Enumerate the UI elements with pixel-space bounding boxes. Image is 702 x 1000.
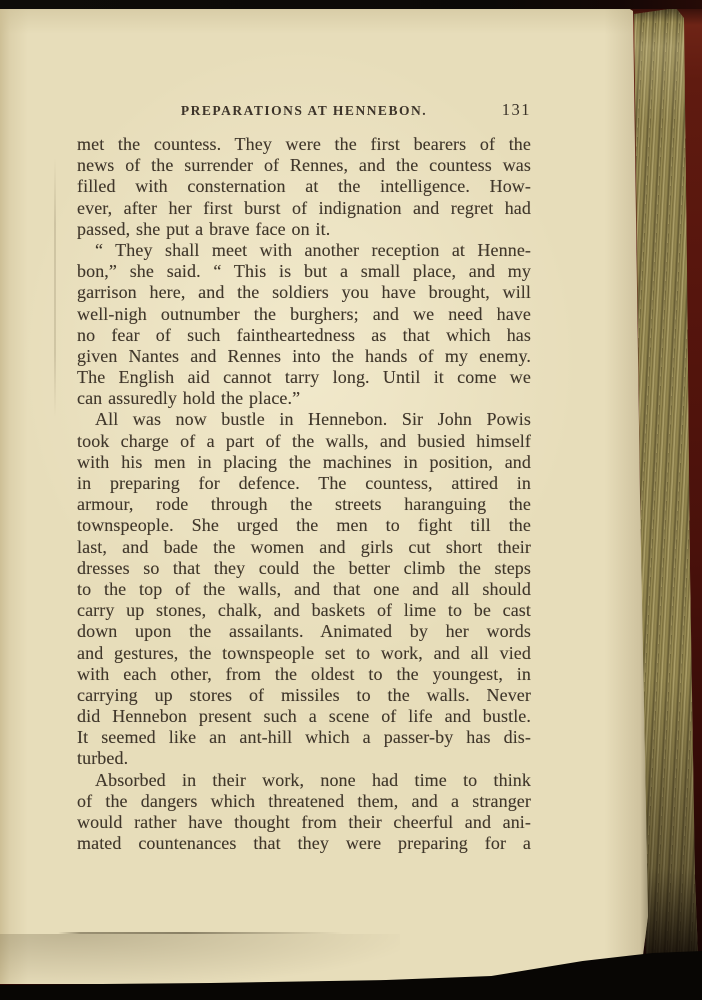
page-crease-left <box>54 158 56 418</box>
text-line: carrying up stores of missiles to the wa… <box>77 685 531 706</box>
text-line: bon,” she said. “ This is but a small pl… <box>77 261 531 282</box>
page-number: 131 <box>502 100 531 120</box>
text-line: mated countenances that they were prepar… <box>77 833 531 854</box>
text-line: All was now bustle in Hennebon. Sir John… <box>77 409 531 430</box>
text-line: dresses so that they could the better cl… <box>77 558 531 579</box>
paragraph: All was now bustle in Hennebon. Sir John… <box>77 409 531 769</box>
book-top-edge-shadow <box>0 0 702 9</box>
text-line: of the dangers which threatened them, an… <box>77 791 531 812</box>
text-line: ever, after her first burst of indignati… <box>77 198 531 219</box>
text-line: The English aid cannot tarry long. Until… <box>77 367 531 388</box>
text-line: news of the surrender of Rennes, and the… <box>77 155 531 176</box>
text-line: well-nigh outnumber the burghers; and we… <box>77 304 531 325</box>
text-line: to the top of the walls, and that one an… <box>77 579 531 600</box>
running-header: PREPARATIONS AT HENNEBON. 131 <box>77 100 531 122</box>
text-line: would rather have thought from their che… <box>77 812 531 833</box>
text-line: given Nantes and Rennes into the hands o… <box>77 346 531 367</box>
text-line: did Hennebon present such a scene of lif… <box>77 706 531 727</box>
text-line: carry up stones, chalk, and baskets of l… <box>77 600 531 621</box>
paragraph: Absorbed in their work, none had time to… <box>77 770 531 855</box>
text-line: last, and bade the women and girls cut s… <box>77 537 531 558</box>
book-photo: PREPARATIONS AT HENNEBON. 131 met the co… <box>0 0 702 1000</box>
text-line: passed, she put a brave face on it. <box>77 219 531 240</box>
paragraph: “ They shall meet with another reception… <box>77 240 531 410</box>
text-line: Absorbed in their work, none had time to… <box>77 770 531 791</box>
text-line: down upon the assailants. Animated by he… <box>77 621 531 642</box>
text-line: with his men in placing the machines in … <box>77 452 531 473</box>
text-line: can assuredly hold the place.” <box>77 388 531 409</box>
paragraph: met the countess. They were the first be… <box>77 134 531 240</box>
text-line: in preparing for defence. The countess, … <box>77 473 531 494</box>
running-header-title: PREPARATIONS AT HENNEBON. <box>181 103 427 119</box>
text-line: no fear of such faintheartedness as that… <box>77 325 531 346</box>
text-line: garrison here, and the soldiers you have… <box>77 282 531 303</box>
page-text: met the countess. They were the first be… <box>77 134 531 854</box>
text-line: took charge of a part of the walls, and … <box>77 431 531 452</box>
text-line: townspeople. She urged the men to fight … <box>77 515 531 536</box>
text-line: with each other, from the oldest to the … <box>77 664 531 685</box>
text-line: turbed. <box>77 748 531 769</box>
text-line: It seemed like an ant-hill which a passe… <box>77 727 531 748</box>
book-page: PREPARATIONS AT HENNEBON. 131 met the co… <box>0 8 650 984</box>
text-line: “ They shall meet with another reception… <box>77 240 531 261</box>
text-line: filled with consternation at the intelli… <box>77 176 531 197</box>
text-line: met the countess. They were the first be… <box>77 134 531 155</box>
text-line: armour, rode through the streets harangu… <box>77 494 531 515</box>
text-line: and gestures, the townspeople set to wor… <box>77 643 531 664</box>
page-crease-shadow <box>0 934 400 986</box>
